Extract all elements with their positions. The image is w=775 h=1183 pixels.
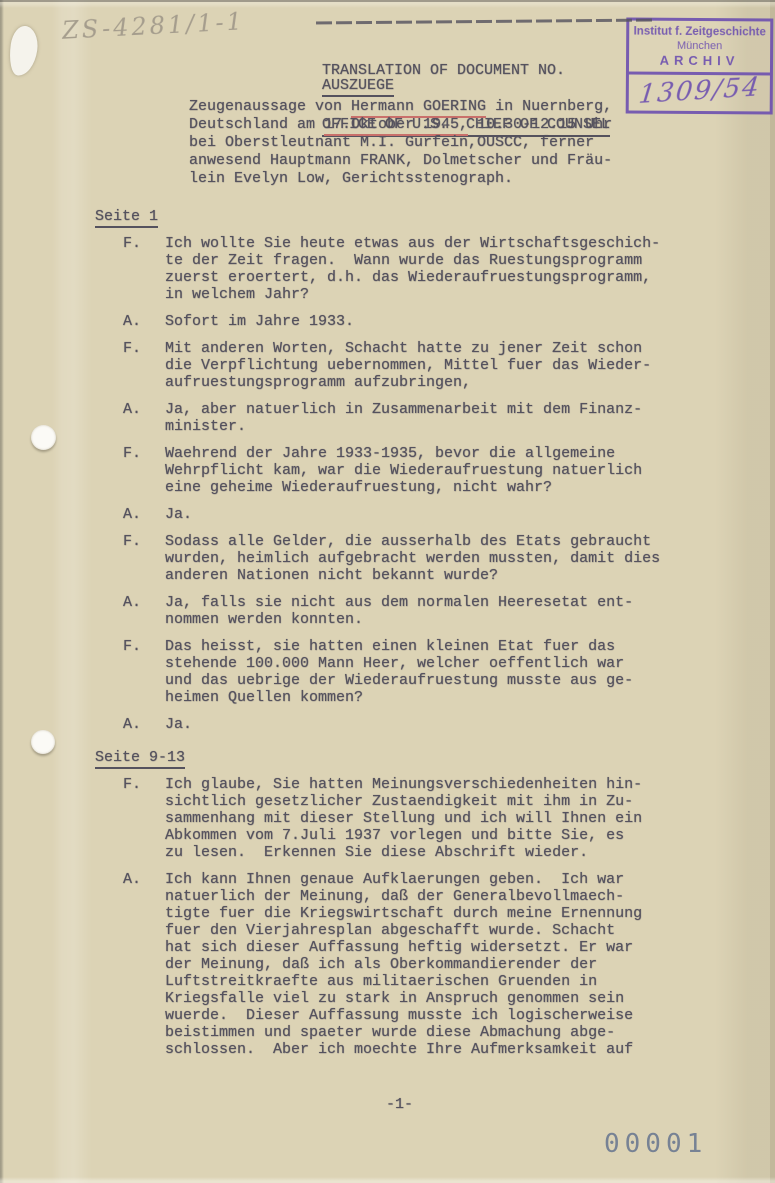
speaker-label: F.: [123, 445, 165, 496]
serial-number-stamp: 00001: [604, 1129, 707, 1159]
speaker-label: A.: [123, 506, 165, 523]
document-title: AUSZUEGE: [322, 77, 394, 94]
qa-text: Ja, falls sie nicht aus dem normalen Hee…: [165, 594, 633, 628]
qa-entry: F.Waehrend der Jahre 1933-1935, bevor di…: [95, 445, 715, 496]
qa-text: Ich kann Ihnen genaue Aufklaerungen gebe…: [165, 871, 642, 1058]
qa-text: Das heisst, sie hatten einen kleinen Eta…: [165, 638, 633, 706]
qa-entry: A.Ja.: [95, 506, 715, 523]
intro-paragraph: Zeugenaussage von Hermann GOERING in Nue…: [189, 98, 612, 188]
page-number: -1-: [386, 1096, 413, 1113]
qa-text: Ich wollte Sie heute etwas aus der Wirts…: [165, 235, 660, 303]
qa-entry: A.Sofort im Jahre 1933.: [95, 313, 715, 330]
speaker-label: F.: [123, 776, 165, 861]
qa-entry: F.Ich wollte Sie heute etwas aus der Wir…: [95, 235, 715, 303]
archive-stamp: Institut f. Zeitgeschichte München ARCHI…: [626, 17, 774, 114]
qa-entry: A.Ja, aber natuerlich in Zusammenarbeit …: [95, 401, 715, 435]
torn-corner: [7, 24, 41, 77]
speaker-label: F.: [123, 533, 165, 584]
qa-entry: A.Ja.: [95, 716, 715, 733]
stamp-institute-name: Institut f. Zeitgeschichte: [631, 25, 768, 40]
section-heading-text: Seite 9-13: [95, 749, 185, 769]
section-heading-text: Seite 1: [95, 208, 158, 228]
document-title-text: AUSZUEGE: [322, 77, 394, 97]
typed-divider-line: [316, 19, 652, 25]
qa-text: Sofort im Jahre 1933.: [165, 313, 354, 330]
qa-text: Ja, aber natuerlich in Zusammenarbeit mi…: [165, 401, 642, 435]
stamp-archiv-label: ARCHIV: [631, 53, 768, 70]
speaker-label: A.: [123, 594, 165, 628]
red-underlined-text: Hermann GOERING: [351, 98, 486, 118]
archive-stamp-number-box: 1309/54: [629, 75, 770, 112]
document-body: Seite 1F.Ich wollte Sie heute etwas aus …: [95, 208, 715, 1068]
section-heading: Seite 1: [95, 208, 715, 225]
hole-punch-top: [31, 425, 56, 450]
qa-entry: F.Das heisst, sie hatten einen kleinen E…: [95, 638, 715, 706]
stamp-city: München: [631, 39, 768, 54]
qa-text: Ich glaube, Sie hatten Meinungsverschied…: [165, 776, 642, 861]
qa-entry: A.Ich kann Ihnen genaue Aufklaerungen ge…: [95, 871, 715, 1058]
speaker-label: A.: [123, 313, 165, 330]
speaker-label: F.: [123, 340, 165, 391]
qa-text: Mit anderen Worten, Schacht hatte zu jen…: [165, 340, 651, 391]
qa-text: Ja.: [165, 716, 192, 733]
speaker-label: A.: [123, 401, 165, 435]
qa-entry: F.Mit anderen Worten, Schacht hatte zu j…: [95, 340, 715, 391]
speaker-label: F.: [123, 638, 165, 706]
speaker-label: F.: [123, 235, 165, 303]
qa-entry: A.Ja, falls sie nicht aus dem normalen H…: [95, 594, 715, 628]
stamp-archive-number: 1309/54: [637, 72, 762, 110]
speaker-label: A.: [123, 871, 165, 1058]
red-underlined-text: 17.Oktober 1945,: [324, 116, 468, 136]
speaker-label: A.: [123, 716, 165, 733]
qa-text: Sodass alle Gelder, die ausserhalb des E…: [165, 533, 660, 584]
section-heading: Seite 9-13: [95, 749, 715, 766]
document-page: ZS-4281/1-1 Institut f. Zeitgeschichte M…: [0, 0, 775, 1183]
pencil-note: ZS-4281/1-1: [61, 7, 245, 45]
qa-text: Ja.: [165, 506, 192, 523]
qa-entry: F.Sodass alle Gelder, die ausserhalb des…: [95, 533, 715, 584]
hole-punch-bottom: [31, 730, 55, 754]
intro-text: Zeugenaussage von: [189, 98, 351, 115]
qa-text: Waehrend der Jahre 1933-1935, bevor die …: [165, 445, 642, 496]
archive-stamp-header: Institut f. Zeitgeschichte München ARCHI…: [629, 21, 770, 76]
qa-entry: F.Ich glaube, Sie hatten Meinungsverschi…: [95, 776, 715, 861]
